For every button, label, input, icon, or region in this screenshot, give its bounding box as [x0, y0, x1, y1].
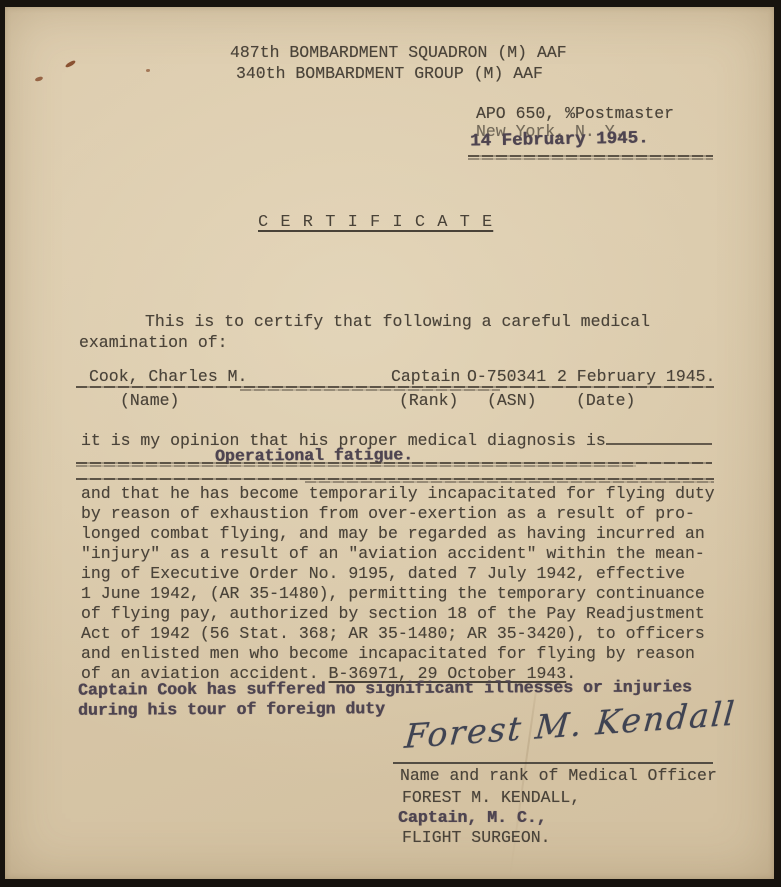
subject-underline-2	[240, 389, 500, 391]
body-line-2: by reason of exhaustion from over-exerti…	[81, 504, 695, 524]
paper-speck	[146, 69, 150, 72]
signature-caption: Name and rank of Medical Officer	[400, 766, 717, 786]
signature: Forest M. Kendall	[403, 693, 738, 756]
name-label: (Name)	[120, 391, 179, 411]
body-line-6: 1 June 1942, (AR 35-1480), permitting th…	[81, 584, 705, 604]
squadron-header: 487th BOMBARDMENT SQUADRON (M) AAF	[230, 43, 567, 63]
group-header: 340th BOMBARDMENT GROUP (M) AAF	[236, 64, 543, 84]
asn-label: (ASN)	[487, 391, 537, 411]
body-line-4: "injury" as a result of an "aviation acc…	[81, 544, 705, 564]
subject-underline	[76, 386, 714, 388]
officer-title: FLIGHT SURGEON.	[402, 828, 551, 848]
body-line-5: ing of Executive Order No. 9195, dated 7…	[81, 564, 685, 584]
paper: 487th BOMBARDMENT SQUADRON (M) AAF 340th…	[5, 7, 774, 879]
rank-label: (Rank)	[399, 391, 458, 411]
body-line-1: and that he has become temporarily incap…	[81, 484, 715, 504]
subject-rank: Captain	[391, 367, 460, 387]
opinion-blank-rule	[606, 429, 712, 445]
apo-line: APO 650, %Postmaster	[476, 104, 674, 124]
paper-speck	[65, 60, 77, 69]
body-line-7: of flying pay, authorized by section 18 …	[81, 604, 705, 624]
subject-asn: O-750341	[467, 367, 546, 387]
document-scan: 487th BOMBARDMENT SQUADRON (M) AAF 340th…	[0, 0, 781, 887]
diagnosis-underline-2b	[305, 481, 714, 483]
body-line-9: and enlisted men who become incapacitate…	[81, 644, 695, 664]
body-line-3: longed combat flying, and may be regarde…	[81, 524, 705, 544]
date-label: (Date)	[576, 391, 635, 411]
date-stamp-underline	[468, 155, 713, 157]
diagnosis-underline-1	[76, 462, 712, 464]
certificate-title: C E R T I F I C A T E	[258, 213, 493, 232]
intro-line-2: examination of:	[79, 333, 228, 353]
date-stamp: 14 February 1945.	[470, 128, 649, 151]
officer-name: FOREST M. KENDALL,	[402, 788, 580, 808]
intro-line-1: This is to certify that following a care…	[145, 312, 650, 332]
subject-date: 2 February 1945.	[557, 367, 715, 387]
diagnosis-underline-2	[76, 478, 714, 480]
stamp-note-line-1: Captain Cook has suffered no significant…	[78, 677, 692, 700]
officer-rank: Captain, M. C.,	[398, 808, 547, 828]
date-stamp-underline-2	[468, 158, 713, 160]
diagnosis-underline-1b	[76, 465, 636, 467]
paper-speck	[35, 76, 44, 82]
body-line-8: Act of 1942 (56 Stat. 368; AR 35-1480; A…	[81, 624, 705, 644]
subject-name: Cook, Charles M.	[89, 367, 247, 387]
signature-rule	[393, 762, 713, 764]
stamp-note-line-2: during his tour of foreign duty	[78, 699, 385, 721]
